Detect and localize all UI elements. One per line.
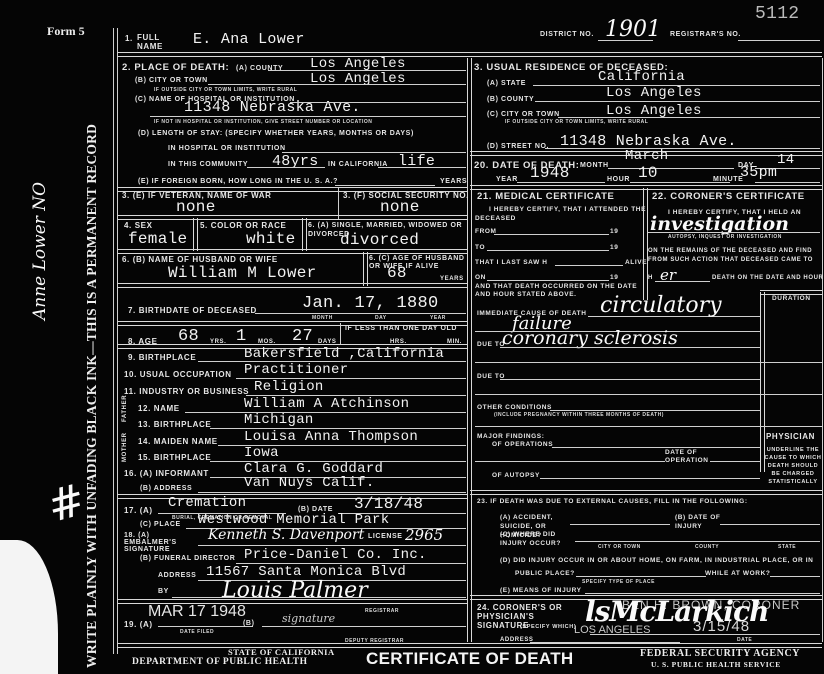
place-of-death-label: 2. Place of Death:: [122, 62, 229, 73]
occupation-value: Practitioner: [244, 362, 348, 378]
license-label: License: [368, 533, 403, 540]
foreign-born-label: (e) If foreign born, how long in the U. …: [138, 178, 338, 185]
due-to-value: coronary sclerosis: [502, 327, 678, 349]
coroner-note: Autopsy, inquest or investigation: [668, 234, 782, 240]
informant-address-label: (b) Address: [140, 485, 192, 492]
spouse-name-value: William M Lower: [168, 264, 317, 282]
by-label: By: [158, 588, 169, 595]
operations-label: of operations: [492, 441, 553, 448]
city-label: (b) City or town: [135, 77, 208, 84]
death-month-value: March: [625, 148, 669, 164]
date-filed-caption: Date filed: [180, 629, 214, 635]
month-label: Month: [580, 162, 609, 169]
occupation-label: 10. Usual Occupation: [124, 370, 232, 379]
to-label: To: [475, 244, 485, 251]
residence-city-label: (c) City or town: [487, 111, 560, 118]
on-label: On: [475, 274, 486, 281]
to-year-prefix: 19: [610, 244, 618, 251]
type-of-place-caption: Specify type of place: [582, 579, 655, 585]
footer-department: Department of Public Health: [132, 657, 307, 667]
residence-county-value: Los Angeles: [606, 85, 702, 101]
date-filed-stamp: MAR 17 1948: [148, 603, 246, 621]
district-label: District No.: [540, 31, 594, 38]
death-hour-value: 10: [638, 164, 658, 182]
footer-service: U. S. Public Health Service: [651, 660, 781, 669]
death-minute-value: 35pm: [740, 164, 777, 181]
date-filed-label: 19. (a): [124, 620, 153, 629]
duration-label: Duration: [772, 295, 811, 302]
license-value: 2965: [405, 526, 443, 544]
veteran-value: none: [176, 198, 216, 216]
last-saw-label: That I last saw h: [475, 259, 548, 266]
disposition-label: 17. (a): [124, 506, 153, 515]
year-label: Year: [496, 176, 518, 183]
medical-certify-text: I hereby certify, that I attended the de…: [475, 205, 650, 223]
birthdate-label: 7. Birthdate of Deceased: [128, 306, 257, 315]
full-name-label: Full Name: [137, 33, 167, 51]
length-of-stay-label: (d) Length of stay: (Specify whether yea…: [138, 130, 414, 137]
foreign-born-years: Years: [440, 178, 467, 185]
coroner-date-caption: Date: [737, 637, 752, 643]
autopsy-label: of autopsy: [492, 472, 540, 479]
funeral-address-label: Address: [158, 572, 196, 579]
spouse-age-label: 6. (c) Age of Husband or Wife if Alive: [369, 255, 465, 271]
marital-value: divorced: [340, 231, 419, 249]
date-of-operation-label: Date of operation: [665, 449, 705, 465]
disposition-date-value: 3/18/48: [354, 495, 423, 513]
external-causes-label: 23. If death was due to external causes,…: [477, 498, 748, 505]
frame-left-inner: [117, 28, 118, 654]
ssn-value: none: [380, 198, 420, 216]
medical-certificate-title: 21. Medical Certificate: [477, 191, 615, 202]
birthdate-value: Jan. 17, 1880: [302, 294, 439, 313]
father-birthplace-value: Michigan: [244, 412, 314, 428]
while-at-work-label: While at work?: [705, 570, 770, 577]
city-note: If outside city or town limits, write ru…: [154, 87, 297, 93]
center-divider: [467, 58, 472, 642]
physician-title: Physician: [766, 432, 815, 441]
other-conditions-label: Other conditions: [477, 404, 552, 411]
coroner-remains-text: on the remains of the deceased and find …: [648, 247, 822, 265]
stay-hospital-label: In Hospital or institution: [168, 145, 286, 152]
means-of-injury-label: (e) Means of injury: [500, 587, 582, 594]
deputy-signature: signature: [282, 612, 335, 625]
specify-which-label: (Specify which): [520, 624, 576, 630]
full-name-value: E. Ana Lower: [193, 31, 305, 48]
coroner-signature: lsMcLarkich: [585, 595, 768, 628]
funeral-director-label: (b) Funeral Director: [140, 555, 235, 562]
hospital-note: If not in hospital or institution, give …: [154, 119, 372, 125]
mother-name-value: Louisa Anna Thompson: [244, 429, 418, 445]
stay-community-label: In this community: [168, 161, 248, 168]
immediate-cause-value: circulatory: [600, 293, 722, 318]
funeral-director-value: Price-Daniel Co. Inc.: [244, 547, 427, 563]
registrar-number-label: Registrar's No.: [670, 31, 741, 38]
residence-state-value: California: [598, 69, 685, 85]
father-name-label: 12. Name: [138, 404, 180, 413]
footer-state: State of California: [228, 647, 335, 657]
on-year-prefix: 19: [610, 274, 618, 281]
embalmer-label: 18. (a) Embalmer's Signature: [124, 532, 204, 553]
registrar-b-label: (b): [243, 620, 255, 627]
frame-left: [113, 28, 114, 654]
industry-label: 11. Industry or Business: [124, 387, 249, 396]
residence-state-label: (a) State: [487, 80, 526, 87]
spouse-age-unit: Years: [440, 276, 464, 282]
mother-birthplace-label: 15. Birthplace: [138, 453, 211, 462]
street-label: (d) Street No.: [487, 143, 549, 150]
form-label: Form 5: [47, 24, 85, 39]
informant-address-value: Van Nuys Calif.: [244, 475, 375, 491]
major-findings-label: Major findings:: [477, 433, 545, 440]
mother-name-label: 14. Maiden Name: [138, 437, 218, 446]
father-group-label: Father: [122, 395, 128, 422]
race-label: 5. Color or Race: [200, 221, 287, 230]
race-value: white: [246, 230, 296, 248]
state-caption: State: [778, 544, 796, 550]
coroner-h-label: h: [648, 275, 653, 281]
death-year-value: 1948: [530, 164, 570, 182]
less-than-day-label: If less than one day old: [345, 325, 457, 332]
birthplace-label: 9. Birthplace: [128, 353, 196, 362]
public-place-label: public place?: [515, 570, 575, 577]
place-value: Westwood Memorial Park: [198, 512, 389, 528]
spouse-name-label: 6. (b) Name of Husband or Wife: [122, 255, 278, 264]
coroner-address-label: Address: [500, 637, 534, 643]
disposition-value: Cremation: [168, 495, 246, 511]
spouse-age-value: 68: [387, 264, 407, 282]
footer-agency: Federal Security Agency: [640, 648, 800, 659]
where-injury-label: (c) Where did injury occur?: [500, 530, 570, 548]
margin-instruction: WRITE PLAINLY WITH UNFADING BLACK INK—TH…: [84, 124, 100, 668]
registrar-caption: Registrar: [365, 608, 399, 614]
coroner-death-label: death on the date and hour stated above.: [712, 275, 824, 281]
industry-value: Religion: [254, 379, 324, 395]
stamp-number: 5112: [755, 4, 799, 24]
place-label: (c) Place: [140, 521, 181, 528]
district-value: 1901: [605, 17, 661, 42]
sex-value: female: [128, 230, 187, 248]
frame-right: [822, 58, 823, 642]
father-name-value: William A Atchinson: [244, 396, 409, 412]
physician-instruction: Underline the cause to which death shoul…: [764, 446, 822, 486]
county-caption: County: [695, 544, 719, 550]
margin-handwritten-note: Anne Lower NO: [30, 182, 50, 320]
hour-label: Hour: [607, 176, 630, 183]
document-title: CERTIFICATE OF DEATH: [366, 649, 573, 669]
death-day-value: 14: [777, 152, 794, 168]
city-caption: City or town: [598, 544, 641, 550]
embalmer-signature: Kenneth S. Davenport: [208, 527, 364, 543]
sex-label: 4. Sex: [124, 221, 153, 230]
injury-place-label: (d) Did injury occur in or about home, o…: [500, 557, 813, 564]
mother-group-label: Mother: [122, 432, 128, 462]
minute-label: Minute: [713, 176, 743, 183]
other-conditions-note: (Include pregnancy within three months o…: [494, 412, 664, 418]
informant-label: 16. (a) Informant: [124, 469, 209, 478]
residence-county-label: (b) County: [487, 96, 534, 103]
header-rule: [117, 52, 822, 57]
from-year-prefix: 19: [610, 228, 618, 235]
father-birthplace-label: 13. Birthplace: [138, 420, 211, 429]
birthplace-value: Bakersfield ,California: [244, 346, 444, 362]
date-of-injury-label: (b) Date of injury: [675, 513, 725, 531]
mother-birthplace-value: Iowa: [244, 445, 279, 461]
coroner-certificate-title: 22. Coroner's Certificate: [652, 191, 805, 202]
paper-edge: [0, 540, 58, 674]
residence-city-note: If outside city or town limits, write ru…: [505, 119, 648, 125]
